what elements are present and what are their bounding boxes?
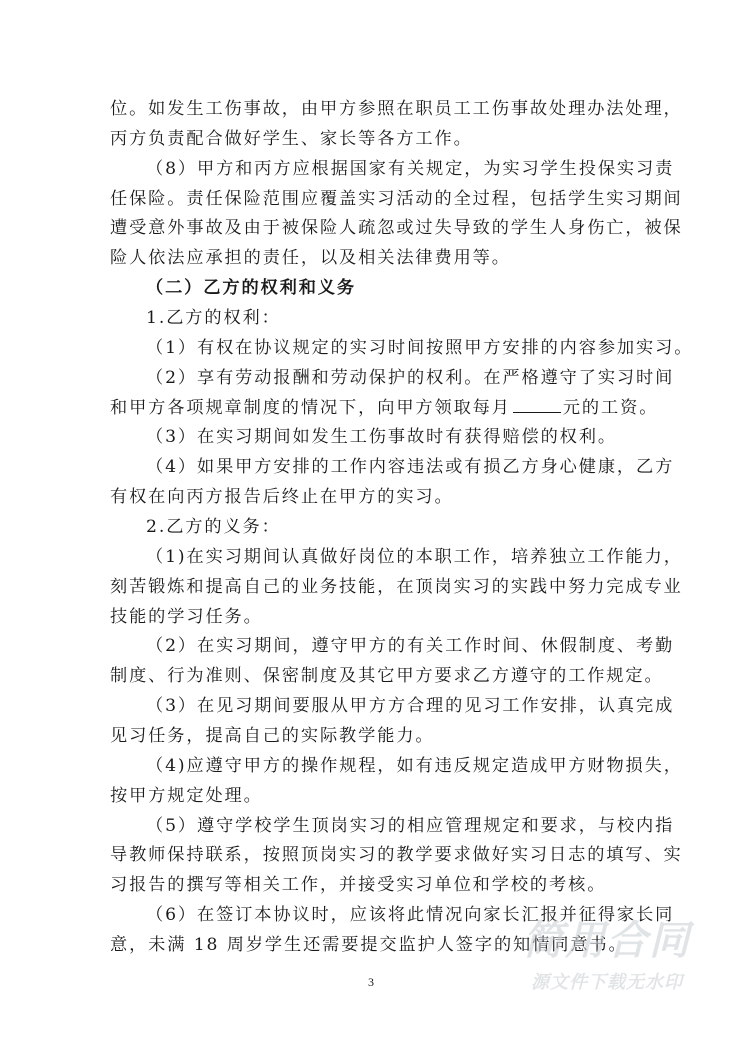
duties-item-2-cont: 制度、行为准则、保密制度及其它甲方要求乙方遵守的工作规定。: [110, 663, 640, 689]
subsection-heading-rights: 1.乙方的权利：: [146, 305, 676, 331]
paragraph-line: 丙方负责配合做好学生、家长等各方工作。: [110, 126, 640, 152]
duties-item-3: （3）在见习期间要服从甲方方合理的见习工作安排，认真完成: [146, 693, 676, 719]
duties-item-5: （5）遵守学校学生顶岗实习的相应管理规定和要求，与校内指: [146, 813, 676, 839]
rights-item-2-cont: 和甲方各项规章制度的情况下，向甲方领取每月元的工资。: [110, 395, 640, 421]
duties-item-1-cont: 技能的学习任务。: [110, 604, 640, 630]
duties-item-3-cont: 见习任务，提高自己的实际教学能力。: [110, 723, 640, 749]
rights-item-2-text-pre: 和甲方各项规章制度的情况下，向甲方领取每月: [110, 398, 511, 418]
paragraph-line: 险人依法应承担的责任，以及相关法律费用等。: [110, 245, 640, 271]
duties-item-1: （1)在实习期间认真做好岗位的本职工作，培养独立工作能力，: [146, 544, 676, 570]
duties-item-2: （2）在实习期间，遵守甲方的有关工作时间、休假制度、考勤: [146, 633, 676, 659]
duties-item-1-cont: 刻苦锻炼和提高自己的业务技能，在顶岗实习的实践中努力完成专业: [110, 574, 640, 600]
rights-item-2-text-post: 元的工资。: [563, 398, 658, 418]
paragraph-line: 任保险。责任保险范围应覆盖实习活动的全过程，包括学生实习期间: [110, 186, 640, 212]
subsection-heading-duties: 2.乙方的义务：: [146, 514, 676, 540]
document-page: 位。如发生工伤事故，由甲方参照在职员工工伤事故处理办法处理， 丙方负责配合做好学…: [0, 0, 742, 1049]
paragraph-line: 遭受意外事故及由于被保险人疏忽或过失导致的学生人身伤亡，被保: [110, 215, 640, 241]
rights-item-1: （1）有权在协议规定的实习时间按照甲方安排的内容参加实习。: [146, 335, 676, 361]
paragraph-line: 位。如发生工伤事故，由甲方参照在职员工工伤事故处理办法处理，: [110, 96, 640, 122]
duties-item-4-cont: 按甲方规定处理。: [110, 783, 640, 809]
duties-item-5-cont: 导教师保持联系，按照顶岗实习的教学要求做好实习日志的填写、实: [110, 842, 640, 868]
duties-item-5-cont: 习报告的撰写等相关工作，并接受实习单位和学校的考核。: [110, 872, 640, 898]
watermark-brand: 简用合同: [512, 918, 702, 964]
section-heading: （二）乙方的权利和义务: [146, 275, 676, 301]
watermark-tagline: 源文件下载无水印: [512, 970, 702, 996]
watermark: 简用合同 源文件下载无水印: [512, 918, 702, 996]
paragraph-line: （8）甲方和丙方应根据国家有关规定，为实习学生投保实习责: [146, 156, 676, 182]
rights-item-2: （2）享有劳动报酬和劳动保护的权利。在严格遵守了实习时间: [146, 365, 676, 391]
rights-item-3: （3）在实习期间如发生工伤事故时有获得赔偿的权利。: [146, 424, 676, 450]
rights-item-4: （4）如果甲方安排的工作内容违法或有损乙方身心健康，乙方: [146, 454, 676, 480]
salary-blank-field: [513, 396, 561, 413]
duties-item-4: （4)应遵守甲方的操作规程，如有违反规定造成甲方财物损失，: [146, 753, 676, 779]
rights-item-4-cont: 有权在向丙方报告后终止在甲方的实习。: [110, 484, 640, 510]
